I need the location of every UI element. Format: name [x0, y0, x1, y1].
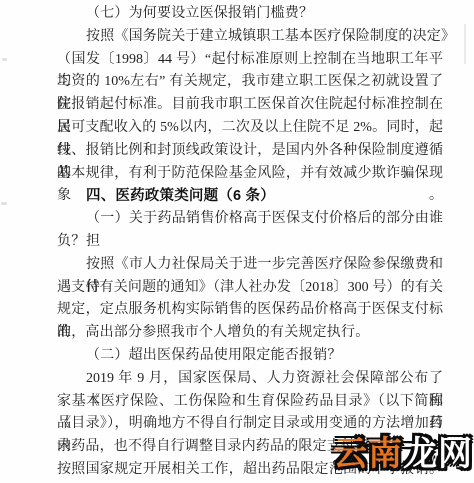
paragraph-line: 品目录》），明确地方不得自行制定目录或用变通的方法增加目录: [57, 413, 443, 436]
paragraph-line: 规定，定点服务机构实际销售的医保药品价格高于医保支付标准: [57, 299, 443, 322]
scan-artifact: [464, 24, 466, 64]
question-line: （七）为何要设立医保报销门槛费？: [57, 3, 443, 26]
paragraph-line: 家基本医疗保险、工伤保险和生育保险药品目录》（以下简称《药: [57, 391, 443, 414]
question-line: （二）超出医保药品使用限定能否报销？: [57, 345, 443, 368]
paragraph-line: 按照《市人力社保局关于进一步完善医疗保险参保缴费和待: [57, 254, 443, 277]
paragraph-line: 的，高出部分参照我市个人增负的有关规定执行。: [57, 322, 443, 345]
scan-artifact: [1, 202, 7, 205]
paragraph-line: 民可支配收入的 5%以内，二次及以上住院不足 2%。同时，起付: [57, 117, 443, 140]
paragraph-line: 院报销起付标准。目前我市职工医保首次住院起付标准控制在居: [57, 94, 443, 117]
question-line: （一）关于药品销售价格高于医保支付价格后的部分由谁担: [57, 208, 443, 231]
paragraph-line: 2019 年 9 月，国家医保局、人力资源社会保障部公布了《国: [57, 368, 443, 391]
watermark-text-orange: 云南: [333, 434, 403, 474]
paragraph-line: （国发〔1998〕44 号）“起付标准原则上控制在当地职工年平均: [57, 49, 443, 72]
watermark-text-white: 龙网: [403, 434, 473, 474]
paragraph-line: 线、报销比例和封顶线政策设计，是国内外各种保险制度遵循的: [57, 140, 443, 163]
text-block: （七）为何要设立医保报销门槛费？ 按照《国务院关于建立城镇职工基本医疗保险制度的…: [57, 3, 443, 482]
question-line: 负？: [57, 231, 443, 254]
document-page: （七）为何要设立医保报销门槛费？ 按照《国务院关于建立城镇职工基本医疗保险制度的…: [0, 0, 474, 483]
paragraph-line: 按照《国务院关于建立城镇职工基本医疗保险制度的决定》: [57, 26, 443, 49]
scan-artifact: [2, 58, 7, 61]
site-watermark: 云南龙网: [333, 434, 473, 474]
paragraph-line: 工资的 10%左右” 有关规定，我市建立职工医保之初就设置了住: [57, 71, 443, 94]
paragraph-line: 遇支付有关问题的通知》（津人社办发〔2018〕300 号）的有关: [57, 277, 443, 300]
paragraph-line: 基本规律，有利于防范保险基金风险，并有效减少欺诈骗保现象。: [57, 163, 443, 186]
